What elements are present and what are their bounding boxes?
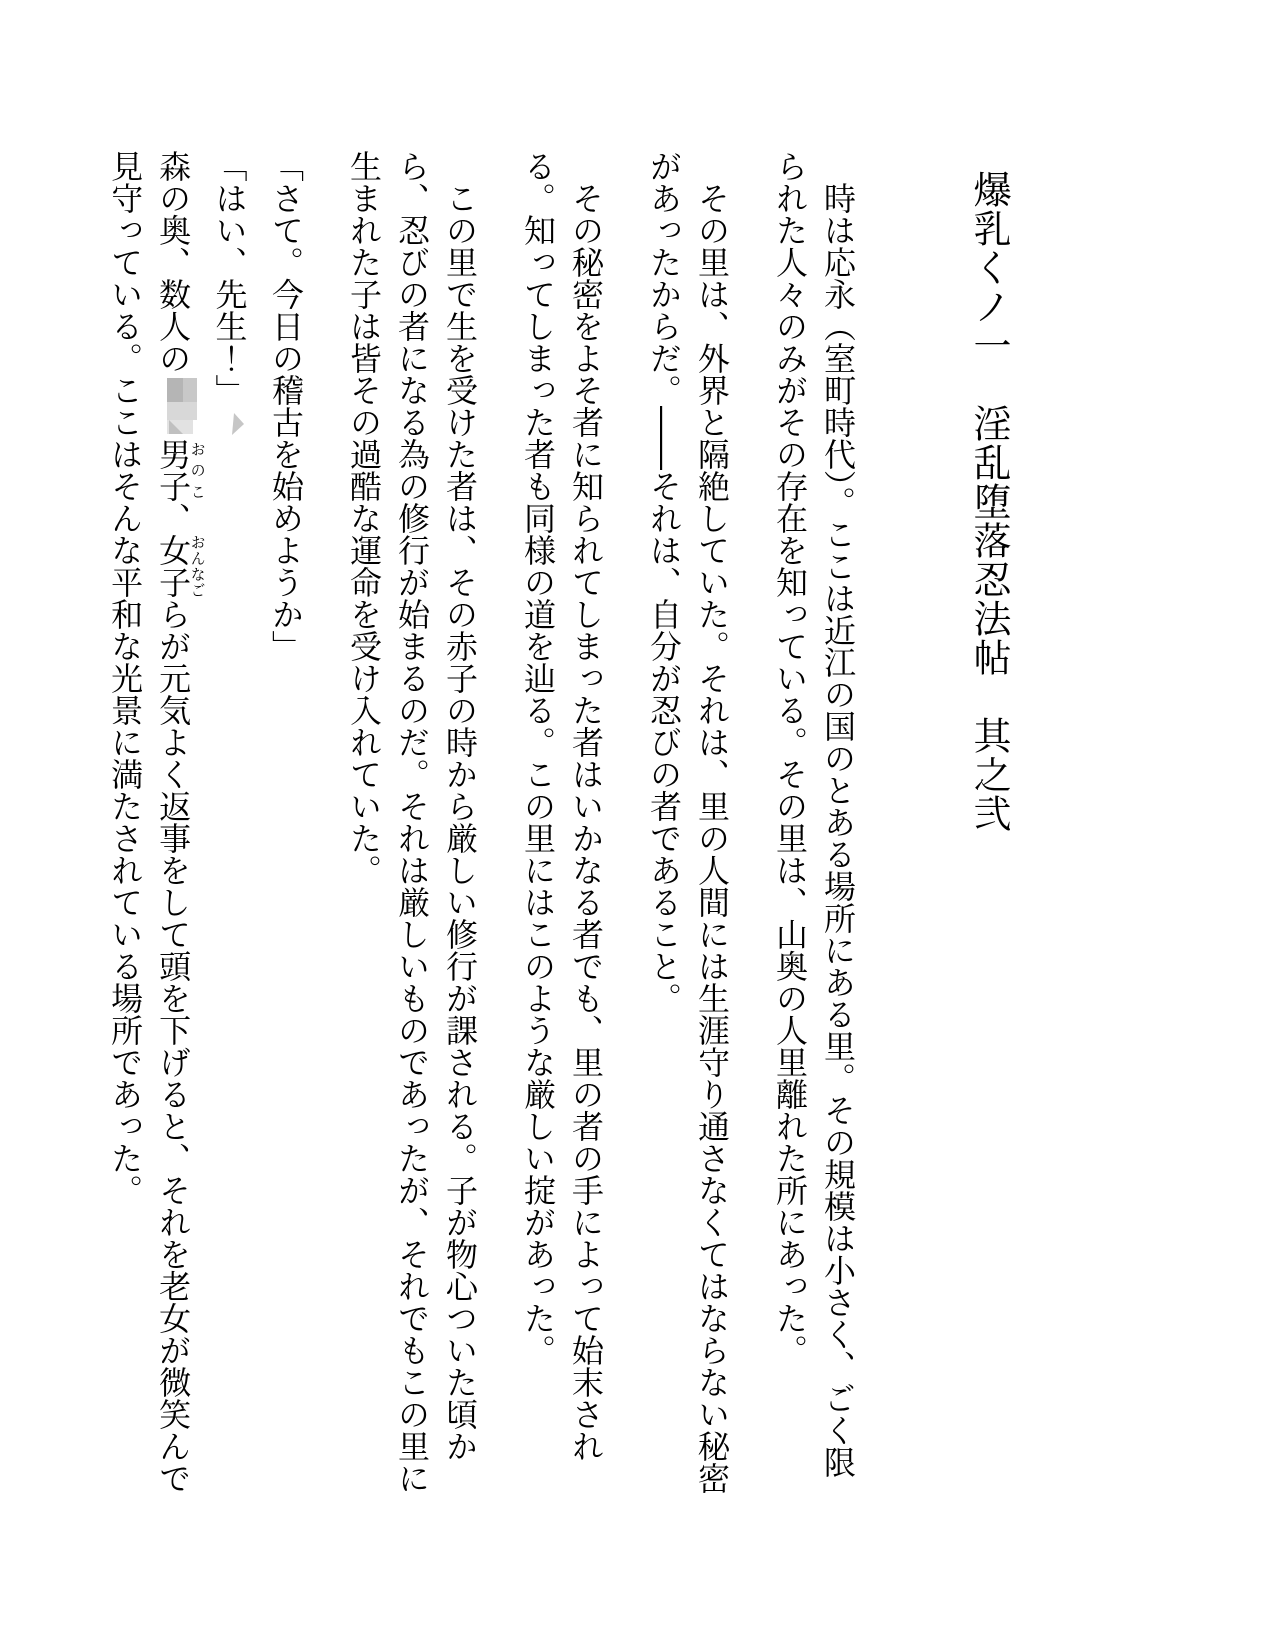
- paragraph-2: その里は、外界と隔絶していた。それは、里の人間には生涯守り通さなくてはならない秘…: [640, 150, 736, 1500]
- gray-arrow-icon: [214, 412, 262, 436]
- closing-text-before: 森の奥、数人の: [155, 150, 191, 374]
- censor-mosaic-icon: [158, 378, 206, 434]
- ruby-onnago-reading: おんなご: [189, 534, 206, 598]
- ruby-onoko-reading: おのこ: [189, 438, 206, 502]
- page-title: 爆乳くノ一 淫乱堕落忍法帖 其之弐: [964, 150, 1012, 1500]
- dialogue-line-2-text: 「はい、先生！」: [212, 150, 248, 406]
- dialogue-line-2: 「はい、先生！」: [206, 150, 262, 1500]
- dialogue-line-1: 「さて。今日の稽古を始めようか」: [262, 150, 310, 1500]
- paragraph-3: その秘密をよそ者に知られてしまった者はいかなる者でも、里の者の手によって始末され…: [514, 150, 610, 1500]
- paragraph-4: この里で生を受けた者は、その赤子の時から厳しい修行が課される。子が物心ついた頃か…: [340, 150, 484, 1500]
- document-page: 爆乳くノ一 淫乱堕落忍法帖 其之弐 時は応永（室町時代）。ここは近江の国のとある…: [0, 0, 1275, 1650]
- paragraph-1: 時は応永（室町時代）。ここは近江の国のとある場所にある里。その規模は小さく、ごく…: [766, 150, 862, 1500]
- closing-text-mid: 、: [155, 502, 191, 534]
- ruby-onoko-base: 男子: [155, 438, 191, 502]
- ruby-onnago-base: 女子: [155, 534, 191, 598]
- closing-paragraph: 森の奥、数人の男子おのこ、女子おんなごらが元気よく返事をして頭を下げると、それを…: [101, 150, 205, 1500]
- ruby-onoko: 男子おのこ: [155, 438, 191, 502]
- ruby-onnago: 女子おんなご: [155, 534, 191, 598]
